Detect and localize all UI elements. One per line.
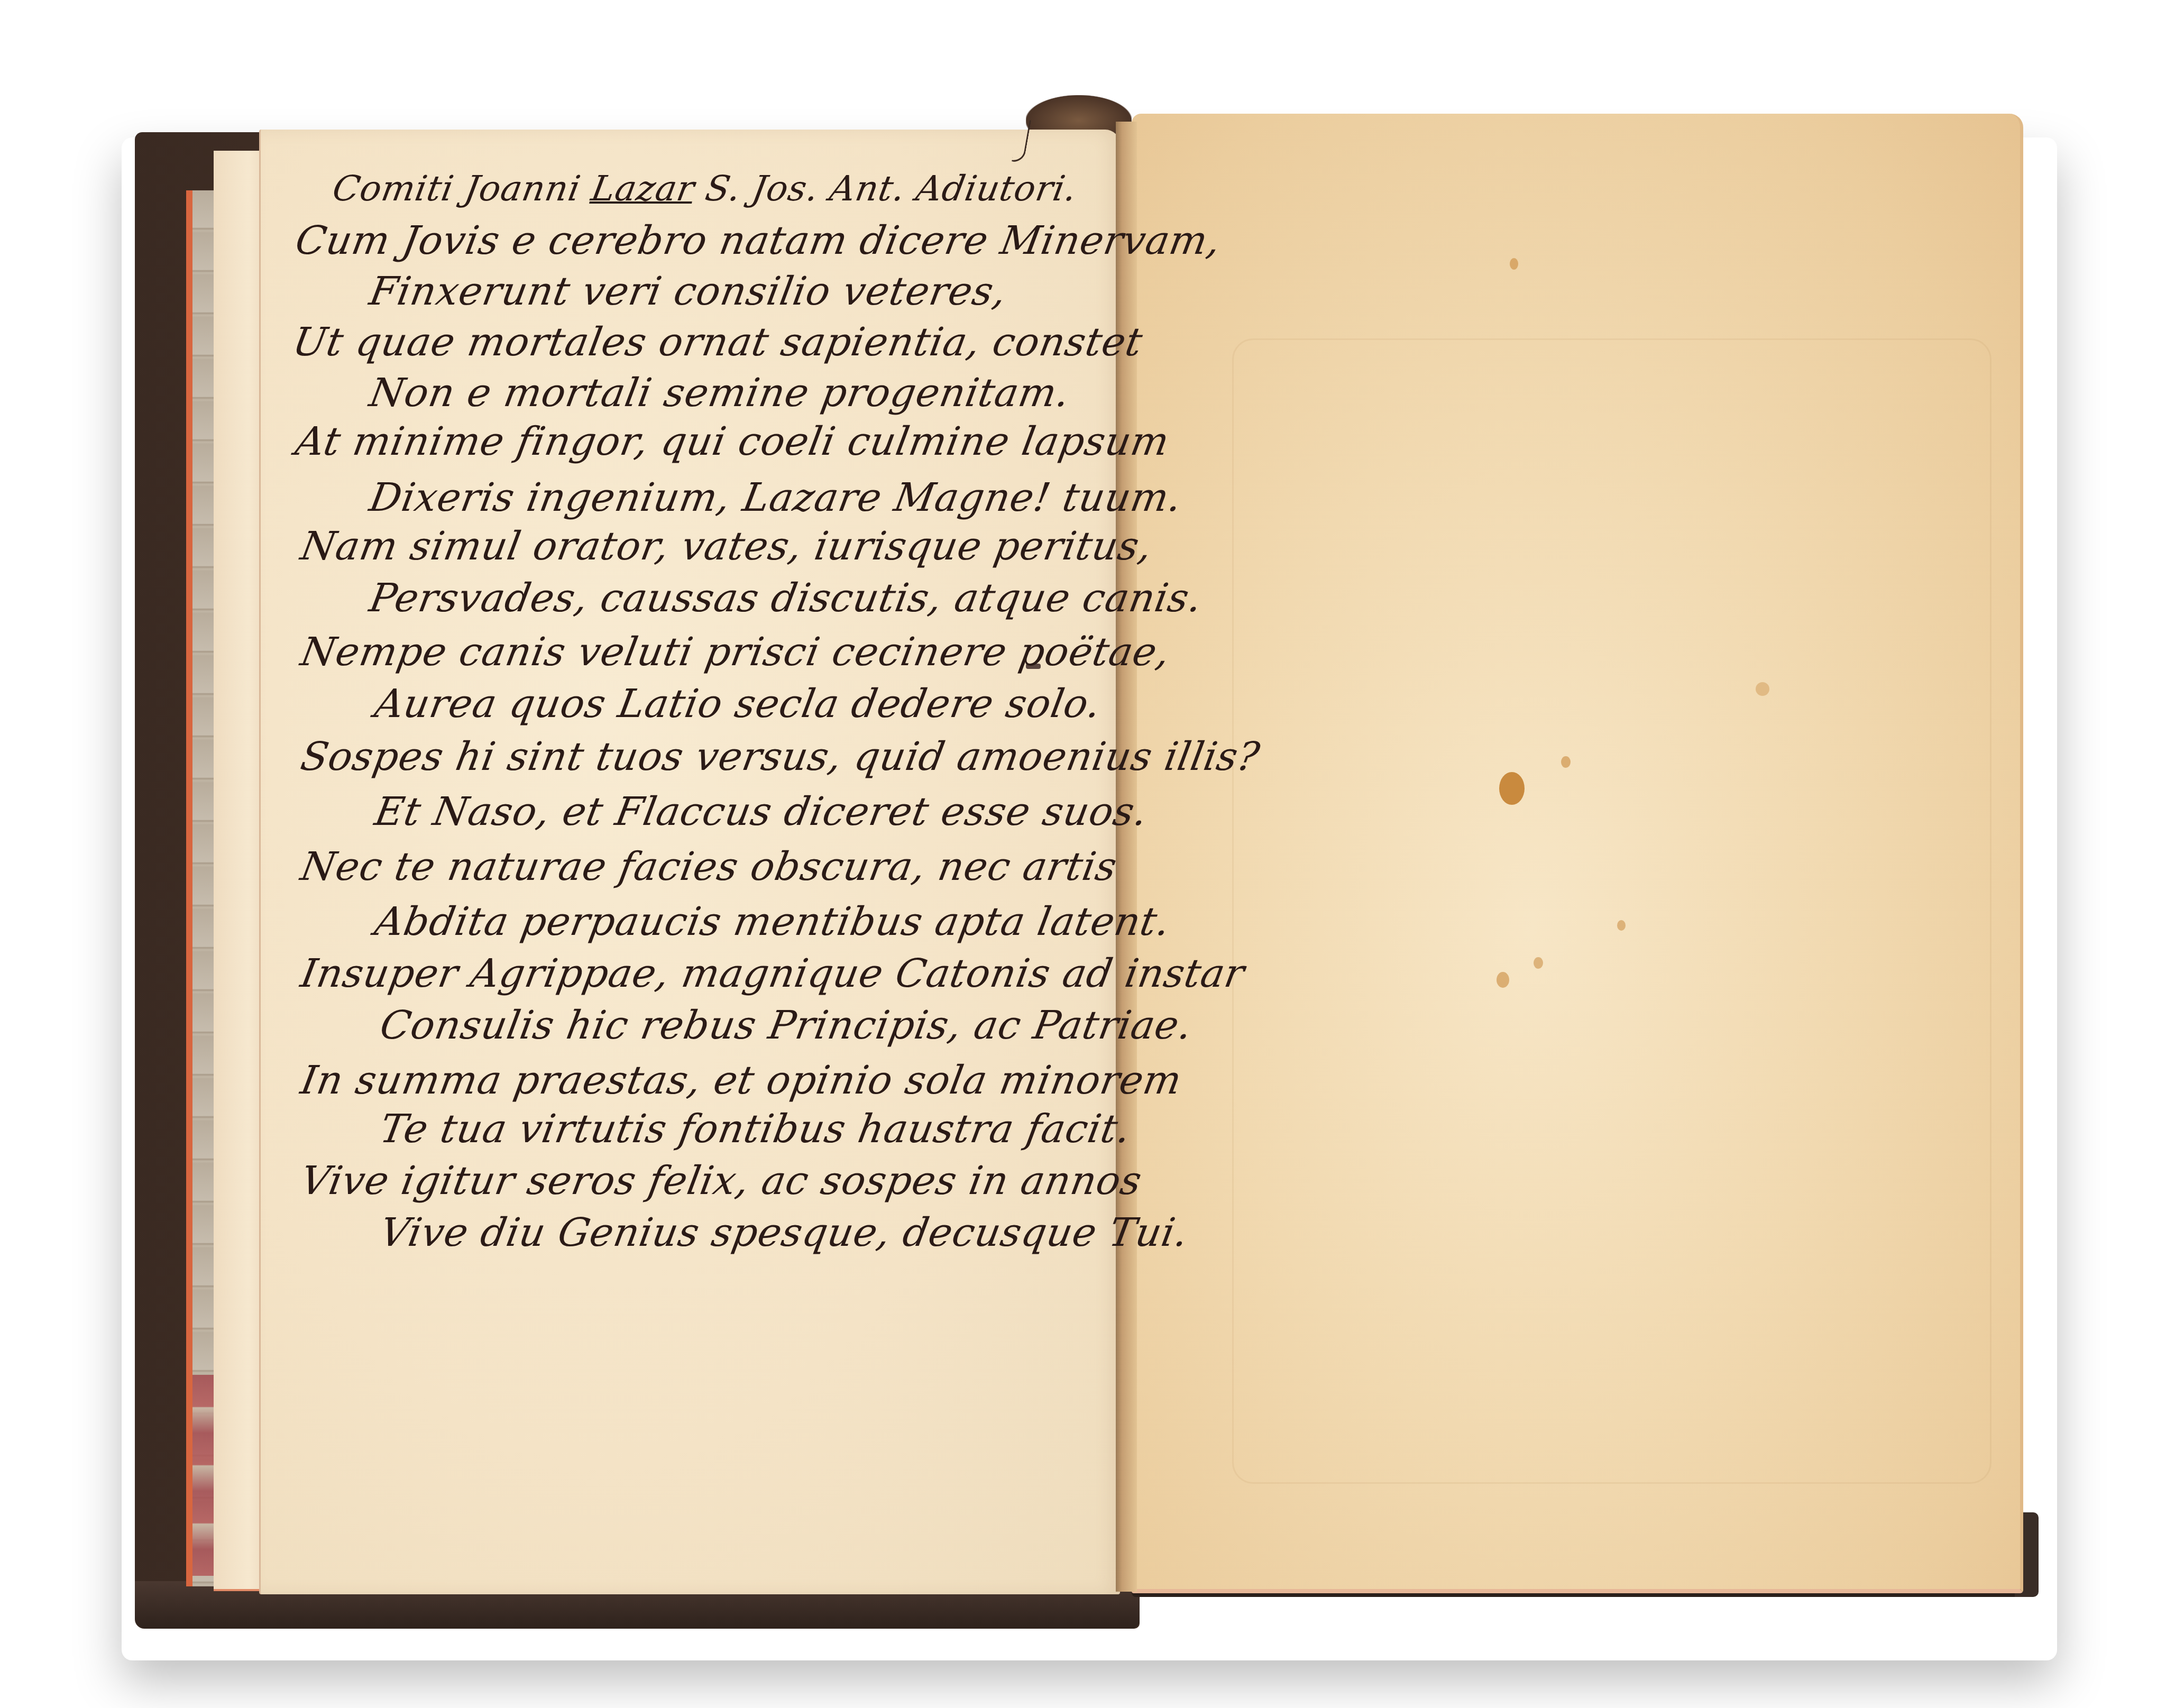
poem-line: Persvades, caussas discutis, atque canis… xyxy=(366,575,1206,621)
dedication-title-prefix: Comiti Joanni xyxy=(329,168,584,209)
marbled-endpaper-red xyxy=(192,1375,214,1576)
poem-line: Ut quae mortales ornat sapientia, conste… xyxy=(289,319,1146,365)
poem-line: Non e mortali semine progenitam. xyxy=(366,370,1073,416)
plate-mark-impression xyxy=(1232,338,1991,1484)
dedication-title-name: Lazar xyxy=(588,168,697,209)
right-page xyxy=(1132,114,2023,1593)
foxing-spot xyxy=(1499,772,1525,805)
poem-line: At minime fingor, qui coeli culmine laps… xyxy=(292,419,1173,464)
poem-line: Dixeris ingenium, Lazare Magne! tuum. xyxy=(366,475,1186,520)
poem-line: Abdita perpaucis mentibus apta latent. xyxy=(371,899,1173,944)
poem-line: Cum Jovis e cerebro natam dicere Minerva… xyxy=(292,218,1224,263)
poem-line: Finxerunt veri consilio veteres, xyxy=(366,269,1010,314)
red-page-edge xyxy=(186,190,192,1586)
foxing-spot xyxy=(1497,972,1509,988)
poem-line: Sospes hi sint tuos versus, quid amoeniu… xyxy=(297,734,1263,779)
poem-line: Insuper Agrippae, magnique Catonis ad in… xyxy=(297,951,1248,996)
foxing-spot xyxy=(1617,920,1626,931)
foxing-spot xyxy=(1756,682,1769,696)
poem-line: Aurea quos Latio secla dedere solo. xyxy=(371,681,1104,727)
dedication-title-suffix: S. Jos. Ant. Adiutori. xyxy=(702,168,1080,209)
poem-line: Vive diu Genius spesque, decusque Tui. xyxy=(377,1210,1191,1255)
poem-line: Nec te naturae facies obscura, nec artis xyxy=(297,844,1120,889)
poem-line: Et Naso, et Flaccus diceret esse suos. xyxy=(371,789,1151,834)
foxing-spot xyxy=(1534,957,1543,969)
foxing-spot xyxy=(1510,258,1518,270)
poem-line: Vive igitur seros felix, ac sospes in an… xyxy=(297,1158,1145,1204)
dedication-title: Comiti Joanni Lazar S. Jos. Ant. Adiutor… xyxy=(329,168,1080,209)
poem-line: Nempe canis veluti prisci cecinere poëta… xyxy=(297,629,1173,675)
poem-line: Consulis hic rebus Principis, ac Patriae… xyxy=(377,1003,1196,1048)
poem-line: Te tua virtutis fontibus haustra facit. xyxy=(377,1106,1134,1152)
poem-line: Nam simul orator, vates, iurisque peritu… xyxy=(297,524,1155,569)
foxing-spot xyxy=(1561,756,1571,768)
poem-line: In summa praestas, et opinio sola minore… xyxy=(297,1058,1185,1103)
